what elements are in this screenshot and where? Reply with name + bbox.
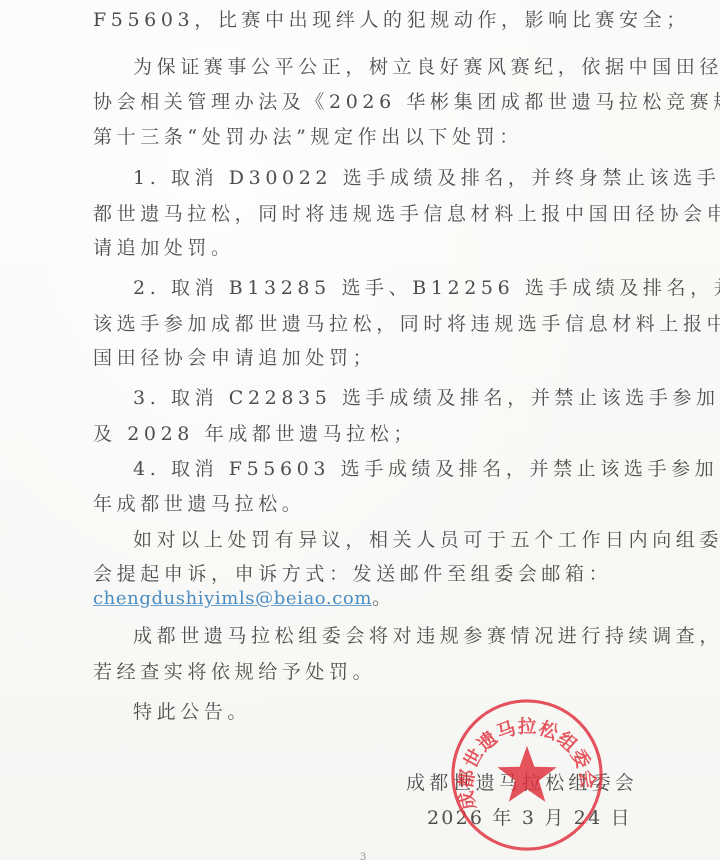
penalty-item-3-line-2: 及 2028 年成都世遗马拉松； — [93, 422, 417, 446]
penalty-item-2-line-2: 该选手参加成都世遗马拉松，同时将违规选手信息材料上报中 — [93, 312, 720, 336]
penalty-item-4-line-1: 4. 取消 F55603 选手成绩及排名，并禁止该选手参加 2027 — [133, 457, 720, 481]
text-line-4: 第十三条“处罚办法”规定作出以下处罚： — [93, 125, 523, 149]
text-line-1: F55603，比赛中出现绊人的犯规动作，影响比赛安全； — [93, 8, 690, 32]
penalty-item-4-line-2: 年成都世遗马拉松。 — [93, 492, 305, 516]
email-period: 。 — [372, 587, 396, 609]
appeal-line-2: 会提起申诉，申诉方式：发送邮件至组委会邮箱： — [93, 562, 612, 586]
closing-line-3: 特此公告。 — [133, 700, 251, 724]
text-line-2: 为保证赛事公平公正，树立良好赛风赛纪，依据中国田径 — [133, 55, 720, 79]
appeal-email-line: chengdushiyimls@beiao.com。 — [93, 586, 396, 611]
document-page: F55603，比赛中出现绊人的犯规动作，影响比赛安全； 为保证赛事公平公正，树立… — [0, 0, 720, 860]
appeal-line-1: 如对以上处罚有异议，相关人员可于五个工作日内向组委 — [133, 528, 720, 552]
penalty-item-3-line-1: 3. 取消 C22835 选手成绩及排名，并禁止该选手参加 2027 — [133, 386, 720, 410]
text-line-3: 协会相关管理办法及《2026 华彬集团成都世遗马拉松竞赛规程》 — [93, 90, 720, 114]
penalty-item-1-line-2: 都世遗马拉松，同时将违规选手信息材料上报中国田径协会申 — [93, 202, 720, 226]
penalty-item-2-line-1: 2. 取消 B13285 选手、B12256 选手成绩及排名，并终身禁止 — [133, 276, 720, 300]
penalty-item-1-line-1: 1. 取消 D30022 选手成绩及排名，并终身禁止该选手参加成 — [133, 166, 720, 190]
official-seal-icon: 成都世遗马拉松组委会 — [449, 697, 605, 853]
appeal-email-link[interactable]: chengdushiyimls@beiao.com — [93, 588, 372, 609]
penalty-item-2-line-3: 国田径协会申请追加处罚； — [93, 346, 376, 370]
page-number: 3 — [360, 852, 366, 860]
penalty-item-1-line-3: 请追加处罚。 — [93, 236, 235, 260]
closing-line-2: 若经查实将依规给予处罚。 — [93, 660, 376, 684]
closing-line-1: 成都世遗马拉松组委会将对违规参赛情况进行持续调查， — [133, 624, 720, 648]
